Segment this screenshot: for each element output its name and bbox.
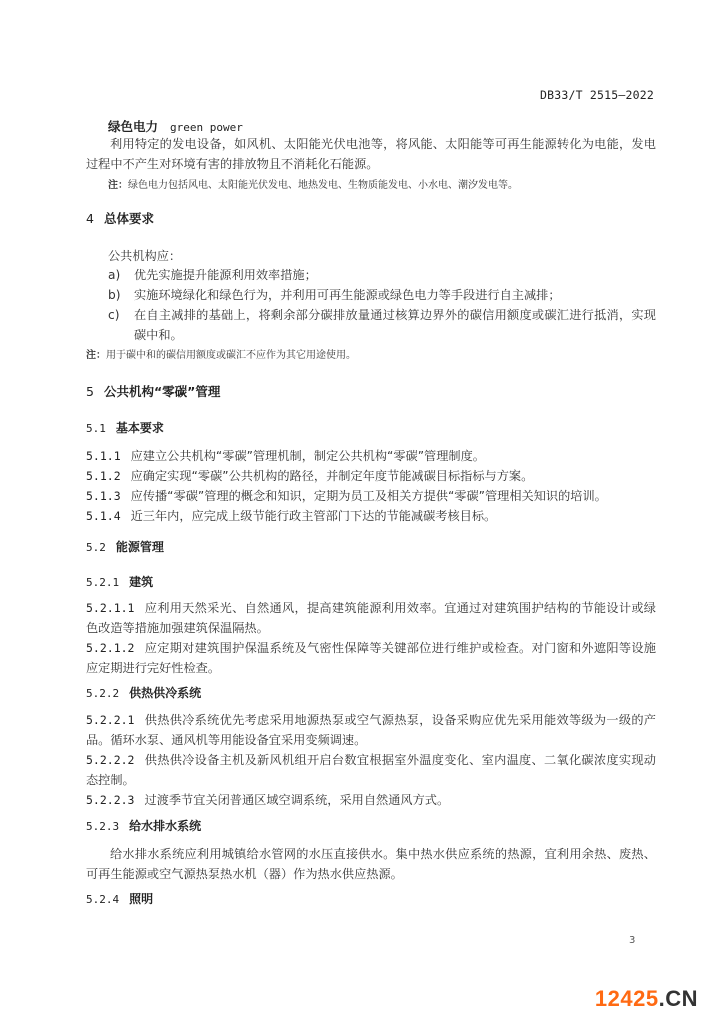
section-5-2-4-heading: 5.2.4照明 xyxy=(86,890,153,907)
clause-text: 应传播“零碳”管理的概念和知识，定期为员工及相关方提供“零碳”管理相关知识的培训… xyxy=(131,489,607,503)
list-text: 优先实施提升能源利用效率措施； xyxy=(134,265,656,285)
note-label: 注： xyxy=(86,350,106,361)
list-item-b: b) 实施环境绿化和绿色行为，并利用可再生能源或绿色电力等手段进行自主减排； xyxy=(108,285,656,305)
clause-number: 5.2.2.1 xyxy=(86,713,134,727)
document-page: DB33/T 2515—2022 绿色电力green power 利用特定的发电… xyxy=(0,0,720,1018)
clause-text: 近三年内，应完成上级节能行政主管部门下达的节能减碳考核目标。 xyxy=(131,509,497,523)
clause-number: 5.1.2 xyxy=(86,469,121,483)
list-item-c: c) 在自主减排的基础上，将剩余部分碳排放量通过核算边界外的碳信用额度或碳汇进行… xyxy=(108,305,656,345)
watermark-number: 12425 xyxy=(595,986,659,1011)
clause-text: 应建立公共机构“零碳”管理机制，制定公共机构“零碳”管理制度。 xyxy=(131,449,485,463)
term-note: 注：绿色电力包括风电、太阳能光伏发电、地热发电、生物质能发电、小水电、潮汐发电等… xyxy=(108,176,518,191)
clause-number: 5.1.3 xyxy=(86,489,121,503)
clause-5-2-2-3: 5.2.2.3过渡季节宜关闭普通区域空调系统，采用自然通风方式。 xyxy=(86,790,449,810)
section-5-2-2-heading: 5.2.2供热供冷系统 xyxy=(86,684,201,701)
clause-number: 5.2.1.1 xyxy=(86,601,134,615)
page-number: 3 xyxy=(629,935,635,946)
term-title-en: green power xyxy=(170,121,243,134)
clause-5-1-4: 5.1.4近三年内，应完成上级节能行政主管部门下达的节能减碳考核目标。 xyxy=(86,506,496,526)
section-5-2-heading: 5.2能源管理 xyxy=(86,538,164,555)
clause-5-2-1-2: 5.2.1.2应定期对建筑围护保温系统及气密性保障等关键部位进行维护或检查。对门… xyxy=(86,638,656,678)
clause-5-1-3: 5.1.3应传播“零碳”管理的概念和知识，定期为员工及相关方提供“零碳”管理相关… xyxy=(86,486,607,506)
clause-5-2-2-2: 5.2.2.2供热供冷设备主机及新风机组开启台数宜根据室外温度变化、室内温度、二… xyxy=(86,750,656,790)
clause-number: 5.2.2.2 xyxy=(86,753,134,767)
watermark-domain: .CN xyxy=(659,986,698,1011)
section-title: 建筑 xyxy=(129,575,153,589)
section-number: 4 xyxy=(86,211,94,226)
term-title: 绿色电力green power xyxy=(108,117,243,135)
watermark-logo: 12425.CN xyxy=(595,986,698,1012)
section-4-note: 注：用于碳中和的碳信用额度或碳汇不应作为其它用途使用。 xyxy=(86,346,356,361)
section-number: 5.2.2 xyxy=(86,687,119,700)
note-text: 绿色电力包括风电、太阳能光伏发电、地热发电、生物质能发电、小水电、潮汐发电等。 xyxy=(128,180,518,191)
clause-text: 应确定实现“零碳”公共机构的路径，并制定年度节能减碳目标指标与方案。 xyxy=(131,469,534,483)
term-definition: 利用特定的发电设备，如风机、太阳能光伏电池等，将风能、太阳能等可再生能源转化为电… xyxy=(86,134,656,174)
section-5-2-3-heading: 5.2.3给水排水系统 xyxy=(86,817,201,834)
term-title-zh: 绿色电力 xyxy=(108,119,158,134)
section-title: 能源管理 xyxy=(116,540,164,554)
section-5-2-1-heading: 5.2.1建筑 xyxy=(86,573,153,590)
section-4-heading: 4总体要求 xyxy=(86,209,154,227)
list-marker: b) xyxy=(108,285,121,305)
list-marker: a) xyxy=(108,265,120,285)
section-number: 5.1 xyxy=(86,422,106,435)
list-marker: c) xyxy=(108,305,119,325)
section-number: 5.2.3 xyxy=(86,820,119,833)
list-text: 在自主减排的基础上，将剩余部分碳排放量通过核算边界外的碳信用额度或碳汇进行抵消，… xyxy=(134,305,656,345)
section-title: 照明 xyxy=(129,892,153,906)
section-4-intro: 公共机构应： xyxy=(108,246,181,266)
clause-number: 5.1.1 xyxy=(86,449,121,463)
section-title: 总体要求 xyxy=(104,211,154,226)
section-number: 5 xyxy=(86,384,94,399)
clause-text: 应定期对建筑围护保温系统及气密性保障等关键部位进行维护或检查。对门窗和外遮阳等设… xyxy=(86,641,656,675)
section-title: 基本要求 xyxy=(116,421,164,435)
document-code: DB33/T 2515—2022 xyxy=(540,88,654,102)
section-title: 供热供冷系统 xyxy=(129,686,201,700)
section-number: 5.2.1 xyxy=(86,576,119,589)
section-title: 给水排水系统 xyxy=(129,819,201,833)
section-number: 5.2.4 xyxy=(86,893,119,906)
clause-text: 过渡季节宜关闭普通区域空调系统，采用自然通风方式。 xyxy=(144,793,449,807)
section-5-1-heading: 5.1基本要求 xyxy=(86,419,164,436)
list-item-a: a) 优先实施提升能源利用效率措施； xyxy=(108,265,656,285)
clause-5-2-1-1: 5.2.1.1应利用天然采光、自然通风，提高建筑能源利用效率。宜通过对建筑围护结… xyxy=(86,598,656,638)
clause-5-2-2-1: 5.2.2.1供热供冷系统优先考虑采用地源热泵或空气源热泵，设备采购应优先采用能… xyxy=(86,710,656,750)
note-label: 注： xyxy=(108,180,128,191)
clause-text: 供热供冷系统优先考虑采用地源热泵或空气源热泵，设备采购应优先采用能效等级为一级的… xyxy=(86,713,656,747)
clause-text: 供热供冷设备主机及新风机组开启台数宜根据室外温度变化、室内温度、二氧化碳浓度实现… xyxy=(86,753,656,787)
section-title: 公共机构“零碳”管理 xyxy=(104,384,220,399)
clause-number: 5.2.1.2 xyxy=(86,641,134,655)
section-5-2-3-text: 给水排水系统应利用城镇给水管网的水压直接供水。集中热水供应系统的热源，宜利用余热… xyxy=(86,844,656,884)
section-number: 5.2 xyxy=(86,541,106,554)
note-text: 用于碳中和的碳信用额度或碳汇不应作为其它用途使用。 xyxy=(106,350,356,361)
clause-number: 5.1.4 xyxy=(86,509,121,523)
list-text: 实施环境绿化和绿色行为，并利用可再生能源或绿色电力等手段进行自主减排； xyxy=(134,285,656,305)
clause-text: 应利用天然采光、自然通风，提高建筑能源利用效率。宜通过对建筑围护结构的节能设计或… xyxy=(86,601,656,635)
clause-5-1-1: 5.1.1应建立公共机构“零碳”管理机制，制定公共机构“零碳”管理制度。 xyxy=(86,446,485,466)
section-5-heading: 5公共机构“零碳”管理 xyxy=(86,382,220,400)
clause-number: 5.2.2.3 xyxy=(86,793,134,807)
clause-5-1-2: 5.1.2应确定实现“零碳”公共机构的路径，并制定年度节能减碳目标指标与方案。 xyxy=(86,466,533,486)
